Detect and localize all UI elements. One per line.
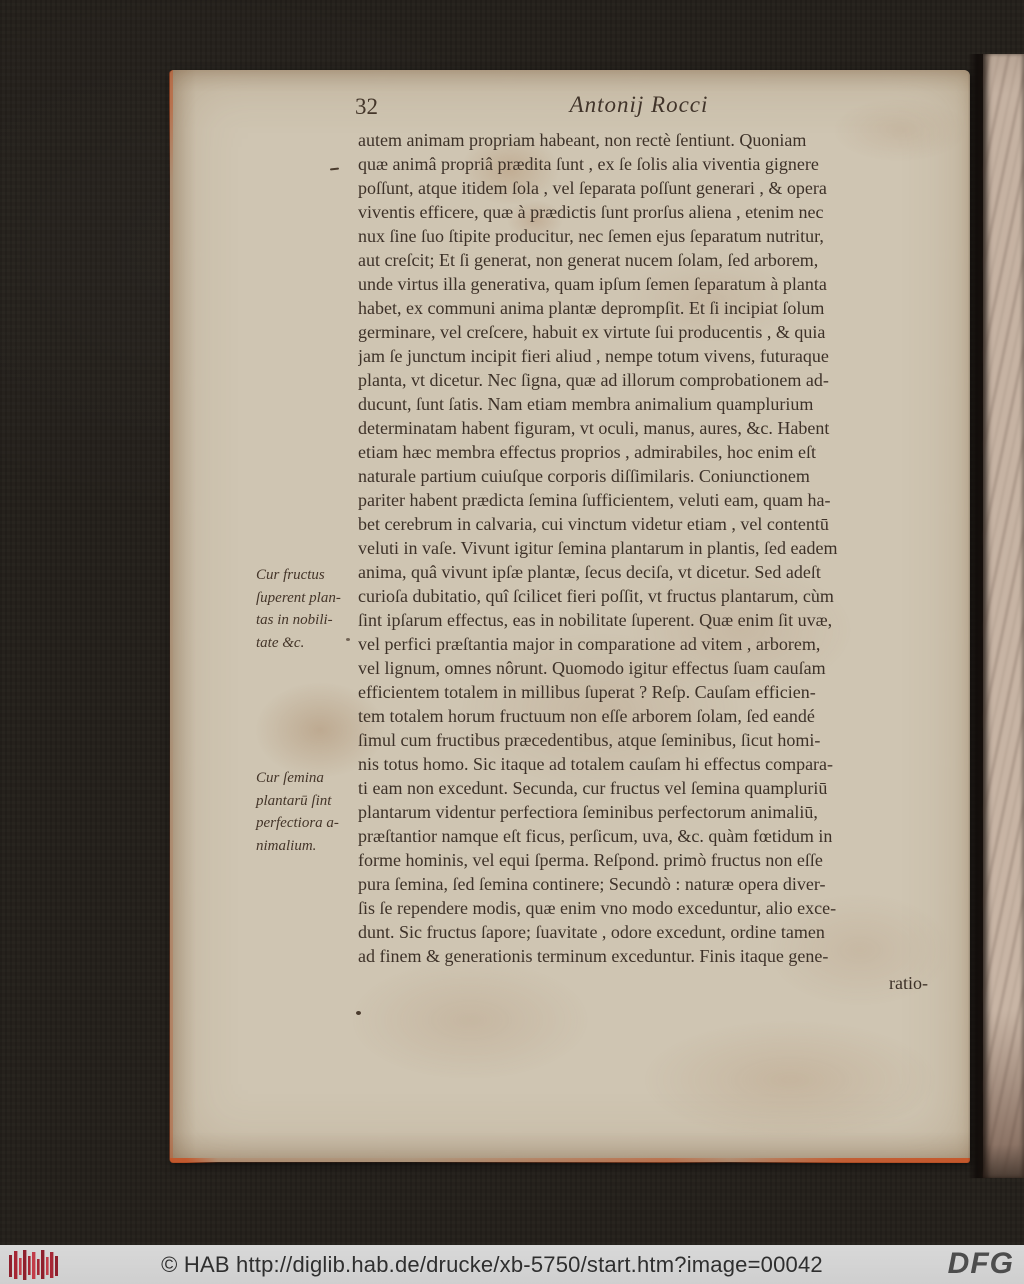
margin-note-line: plantarū ſint	[256, 790, 360, 813]
text-line: planta, vt dicetur. Nec ſigna, quæ ad il…	[358, 368, 920, 392]
text-line: ti eam non excedunt. Secunda, cur fructu…	[358, 776, 920, 800]
text-line: ſint ipſarum effectus, eas in nobilitate…	[358, 608, 920, 632]
text-line: aut creſcit; Et ſi generat, non generat …	[358, 248, 920, 272]
margin-note-line: tate &c.	[256, 632, 360, 655]
text-line: bet cerebrum in calvaria, cui vinctum vi…	[358, 512, 920, 536]
dfg-logo: DFG	[948, 1247, 1014, 1281]
text-line: viventis efficere, quæ à prædictis ſunt …	[358, 200, 920, 224]
footer-bar: © HAB http://diglib.hab.de/drucke/xb-575…	[0, 1245, 1024, 1284]
text-line: anima, quâ vivunt ipſæ plantæ, ſecus dec…	[358, 560, 920, 584]
text-line: efficientem totalem in millibus ſuperat …	[358, 680, 920, 704]
text-line: habet, ex communi anima plantæ deprompſi…	[358, 296, 920, 320]
text-line: naturale partium cuiuſque corporis diſſi…	[358, 464, 920, 488]
next-page-edge	[983, 54, 1024, 1178]
text-line: etiam hæc membra effectus proprios , adm…	[358, 440, 920, 464]
text-line: ad finem & generationis terminum excedun…	[358, 944, 920, 968]
text-line: germinare, vel creſcere, habuit ex virtu…	[358, 320, 920, 344]
text-line: dunt. Sic fructus ſapore; ſuavitate , od…	[358, 920, 920, 944]
next-page-text-bleed	[983, 54, 1024, 1178]
text-line: poſſunt, atque itidem ſola , vel ſeparat…	[358, 176, 920, 200]
text-line: ducunt, ſunt ſatis. Nam etiam membra ani…	[358, 392, 920, 416]
text-line: vel perfici præſtantia major in comparat…	[358, 632, 920, 656]
ink-speck	[346, 638, 350, 641]
margin-note-line: tas in nobili-	[256, 609, 360, 632]
text-line: determinatam habent figuram, vt oculi, m…	[358, 416, 920, 440]
page-edge-left-tint	[169, 70, 173, 1162]
text-line: pariter habent prædicta ſemina ſufficien…	[358, 488, 920, 512]
margin-note-line: Cur fructus	[256, 564, 360, 587]
text-line: autem animam propriam habeant, non rectè…	[358, 128, 920, 152]
running-header: Antonij Rocci	[358, 92, 920, 118]
margin-note-line: nimalium.	[256, 835, 360, 858]
text-line: forme hominis, vel equi ſperma. Reſpond.…	[358, 848, 920, 872]
text-line: jam ſe junctum incipit fieri aliud , nem…	[358, 344, 920, 368]
catchword: ratio-	[889, 973, 928, 994]
ink-speck	[356, 1011, 361, 1015]
margin-note-line: perfectiora a-	[256, 812, 360, 835]
text-line: pura ſemina, ſed ſemina continere; Secun…	[358, 872, 920, 896]
text-line: veluti in vaſe. Vivunt igitur ſemina pla…	[358, 536, 920, 560]
footer-url: © HAB http://diglib.hab.de/drucke/xb-575…	[0, 1252, 1024, 1278]
text-line: ſimul cum fructibus præcedentibus, atque…	[358, 728, 920, 752]
text-line: vel lignum, omnes nôrunt. Quomodo igitur…	[358, 656, 920, 680]
scan-background: 32 Antonij Rocci autem animam propriam h…	[0, 0, 1024, 1245]
text-line: quæ animâ propriâ prædita ſunt , ex ſe ſ…	[358, 152, 920, 176]
text-line: plantarum videntur perfectiora ſeminibus…	[358, 800, 920, 824]
text-line: præſtantior namque eſt ficus, perſicum, …	[358, 824, 920, 848]
margin-note-cur-fructus: Cur fructus ſuperent plan- tas in nobili…	[256, 564, 360, 654]
text-line: tem totalem horum fructuum non eſſe arbo…	[358, 704, 920, 728]
text-line: nis totus homo. Sic itaque ad totalem ca…	[358, 752, 920, 776]
page-gutter-shadow	[968, 54, 983, 1178]
margin-note-line: Cur ſemina	[256, 767, 360, 790]
text-line: unde virtus illa generativa, quam ipſum …	[358, 272, 920, 296]
page-edge-bottom-tint	[170, 1158, 970, 1163]
hab-logo-icon	[8, 1248, 62, 1282]
book-page: 32 Antonij Rocci autem animam propriam h…	[170, 70, 970, 1162]
margin-note-line: ſuperent plan-	[256, 587, 360, 610]
body-text: autem animam propriam habeant, non rectè…	[358, 128, 920, 968]
text-line: curioſa dubitatio, quî ſcilicet fieri po…	[358, 584, 920, 608]
ink-speck	[330, 168, 339, 171]
margin-note-cur-semina: Cur ſemina plantarū ſint perfectiora a- …	[256, 767, 360, 857]
text-line: nux ſine ſuo ſtipite producitur, nec ſem…	[358, 224, 920, 248]
text-line: ſis ſe rependere modis, quæ enim vno mod…	[358, 896, 920, 920]
page-header: 32 Antonij Rocci	[358, 92, 920, 124]
